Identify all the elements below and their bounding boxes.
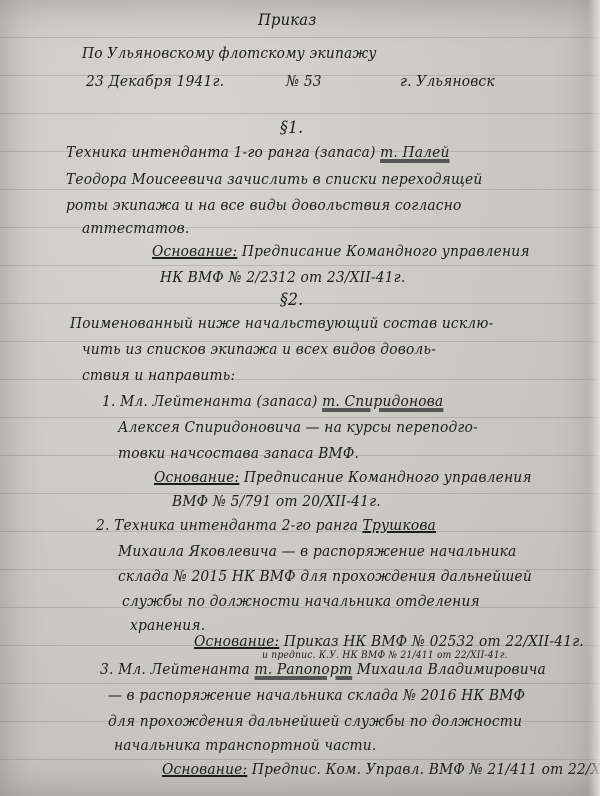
section-1-surname: т. Палей <box>380 143 449 161</box>
item-2-line: службы по должности начальника отделения <box>122 592 480 610</box>
section-1-line: Теодора Моисеевича зачислить в списки пе… <box>66 170 482 188</box>
order-date: 23 Декабря 1941г. <box>86 72 224 90</box>
item-1-basis: Основание: Предписание Командного управл… <box>154 468 532 486</box>
issuing-unit: По Ульяновскому флотскому экипажу <box>82 44 377 62</box>
order-number: № 53 <box>286 72 322 90</box>
item-surname: Трушкова <box>363 516 436 534</box>
item-2-line: склада № 2015 НК ВМФ для прохождения дал… <box>118 567 532 585</box>
section-1-line: аттестатов. <box>82 219 189 237</box>
item-2-header: 2. Техника интенданта 2-го ранга Трушков… <box>96 516 436 534</box>
section-1-marker: §1. <box>280 118 303 138</box>
section-2-intro: чить из списков экипажа и всех видов дов… <box>82 340 436 358</box>
item-number: 1. <box>102 392 116 410</box>
item-1-header: 1. Мл. Лейтенанта (запаса) т. Спиридонов… <box>102 392 443 410</box>
item-rank: Техника интенданта 2-го ранга <box>114 516 358 534</box>
item-1-line: Алексея Спиридоновича — на курсы перепод… <box>118 418 478 436</box>
section-1-basis: Основание: Предписание Командного управл… <box>152 242 530 260</box>
order-place: г. Ульяновск <box>400 72 495 90</box>
document-page: Приказ По Ульяновскому флотскому экипажу… <box>0 0 600 796</box>
document-title: Приказ <box>258 10 316 29</box>
item-2-line: Михаила Яковлевича — в распоряжение нача… <box>118 542 516 560</box>
item-3-basis: Основание: Предпис. Ком. Управл. ВМФ № 2… <box>162 760 600 778</box>
item-number: 3. <box>100 660 114 678</box>
basis-text: Предпис. Ком. Управл. ВМФ № 21/411 от 22… <box>252 760 600 778</box>
basis-text: Предписание Командного управления <box>242 242 530 260</box>
item-3-line: для прохождения дальнейшей службы по дол… <box>108 712 522 730</box>
basis-label: Основание: <box>152 242 237 260</box>
item-rank: Мл. Лейтенанта (запаса) <box>120 392 317 410</box>
item-3-line: — в распоряжение начальника склада № 201… <box>108 686 525 704</box>
basis-label: Основание: <box>154 468 239 486</box>
basis-label: Основание: <box>194 632 279 650</box>
item-first-name: Михаила Владимировича <box>357 660 546 678</box>
section-1-line: Техника интенданта 1-го ранга (запаса) т… <box>66 143 450 161</box>
item-1-line: товки начсостава запаса ВМФ. <box>118 444 359 462</box>
item-surname: т. Спиридонова <box>322 392 443 410</box>
section-2-intro: ствия и направить: <box>82 366 235 384</box>
item-3-header: 3. Мл. Лейтенанта т. Рапопорт Михаила Вл… <box>100 660 546 678</box>
section-1-rank: Техника интенданта 1-го ранга (запаса) <box>66 143 376 161</box>
item-number: 2. <box>96 516 110 534</box>
item-1-basis-cont: ВМФ № 5/791 от 20/XII-41г. <box>172 492 381 510</box>
item-surname: т. Рапопорт <box>255 660 353 678</box>
item-3-line: начальника транспортной части. <box>114 736 376 754</box>
section-2-intro: Поименованный ниже начальствующий состав… <box>70 314 493 332</box>
section-1-basis-cont: НК ВМФ № 2/2312 от 23/XII-41г. <box>160 268 405 286</box>
item-2-basis: Основание: Приказ НК ВМФ № 02532 от 22/X… <box>194 632 584 650</box>
item-rank: Мл. Лейтенанта <box>118 660 250 678</box>
section-2-marker: §2. <box>280 290 303 310</box>
basis-text: Приказ НК ВМФ № 02532 от 22/XII-41г. <box>284 632 584 650</box>
basis-text: Предписание Командного управления <box>244 468 532 486</box>
section-1-line: роты экипажа и на все виды довольствия с… <box>66 196 461 214</box>
basis-label: Основание: <box>162 760 247 778</box>
